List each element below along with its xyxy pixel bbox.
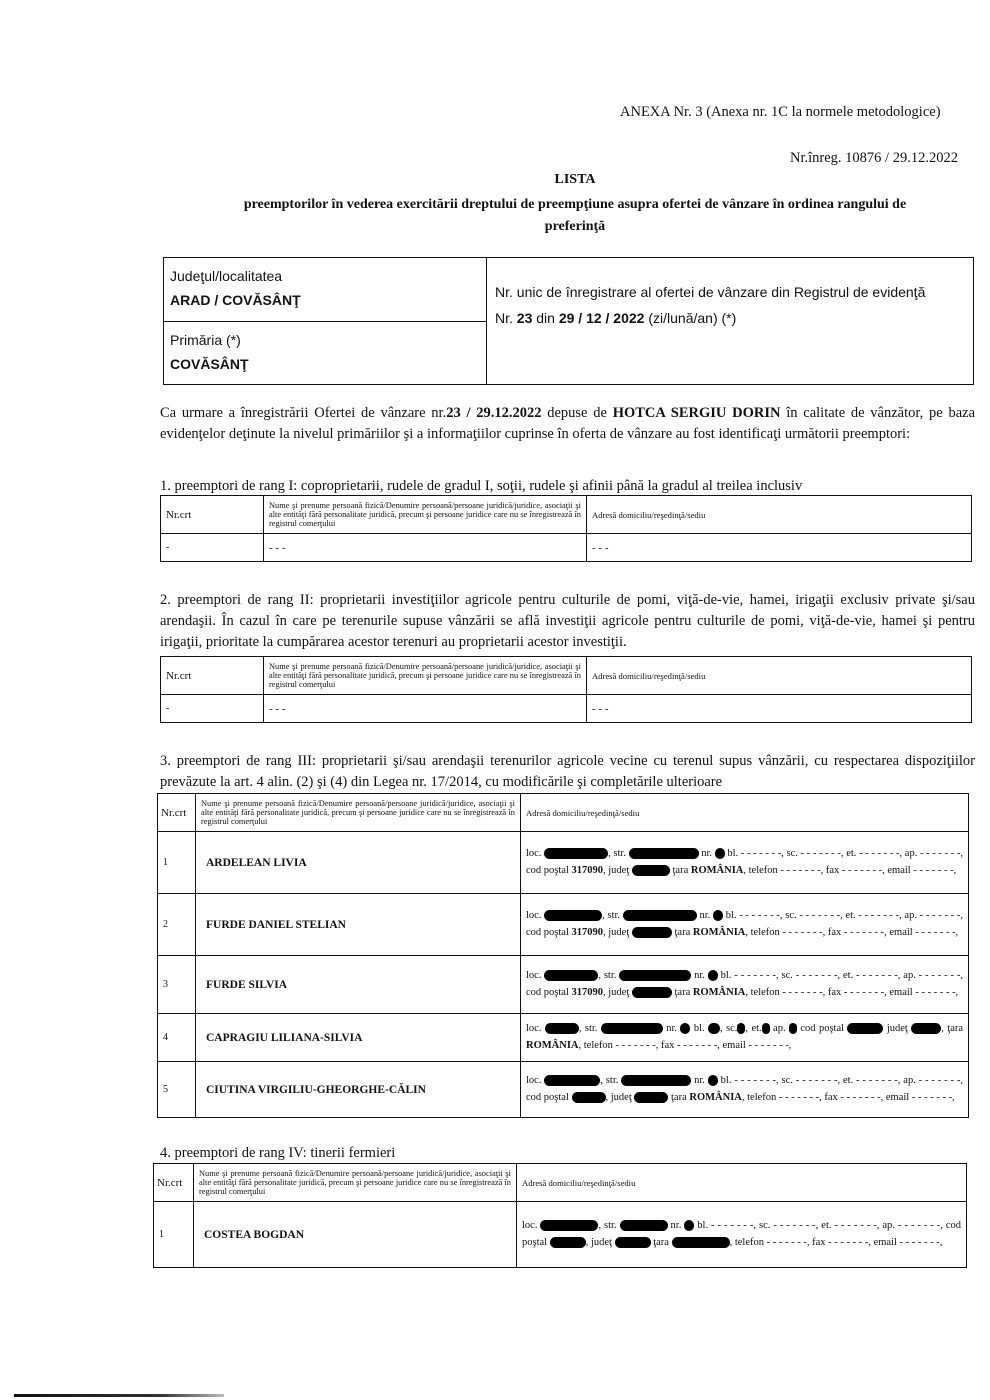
- offer-registration-cell: Nr. unic de înregistrare al ofertei de v…: [487, 258, 973, 384]
- county-label: Judeţul/localitatea: [170, 264, 480, 288]
- header-address: Adresă domiciliu/reşedinţă/sediu: [517, 1164, 967, 1202]
- table-header-row: Nr.crt Nume şi prenume persoană fizică/D…: [161, 496, 972, 534]
- offer-din: din: [532, 310, 558, 326]
- header-name: Nume şi prenume persoană fizică/Denumire…: [196, 794, 521, 832]
- row-address: loc. , str. nr. bl. - - - - - - -, sc. -…: [521, 956, 969, 1014]
- signature-line: [14, 1394, 224, 1397]
- table-row: 2 FURDE DANIEL STELIAN loc. , str. nr. b…: [158, 894, 969, 956]
- table-row: 3 FURDE SILVIA loc. , str. nr. bl. - - -…: [158, 956, 969, 1014]
- offer-nr: 23: [517, 310, 533, 326]
- town-hall-value: COVĂSÂNŢ: [170, 352, 480, 376]
- offer-nr-prefix: Nr.: [495, 310, 517, 326]
- section-4-table: Nr.crt Nume şi prenume persoană fizică/D…: [153, 1163, 967, 1268]
- header-address: Adresă domiciliu/reşedinţă/sediu: [587, 496, 972, 534]
- redacted-block: [615, 1237, 651, 1248]
- row-name: ARDELEAN LIVIA: [196, 832, 521, 894]
- row-address: loc. , str. nr. bl. , sc., et. ap. cod p…: [521, 1014, 969, 1062]
- annex-reference: ANEXA Nr. 3 (Anexa nr. 1C la normele met…: [620, 104, 941, 121]
- row-nr: 1: [158, 832, 196, 894]
- row-name: COSTEA BOGDAN: [194, 1202, 517, 1268]
- row-name: - - -: [264, 695, 587, 723]
- table-row: 1 ARDELEAN LIVIA loc. , str. nr. bl. - -…: [158, 832, 969, 894]
- redacted-block: [715, 848, 725, 859]
- redacted-block: [632, 865, 670, 876]
- info-left-column: Judeţul/localitatea ARAD / COVĂSÂNŢ Prim…: [164, 258, 487, 384]
- row-nr: 5: [158, 1062, 196, 1118]
- row-nr: 2: [158, 894, 196, 956]
- redacted-block: [620, 1220, 668, 1231]
- redacted-block: [789, 1023, 797, 1034]
- redacted-block: [544, 910, 602, 921]
- row-name: - - -: [264, 534, 587, 562]
- intro-paragraph: Ca urmare a înregistrării Ofertei de vân…: [160, 403, 975, 445]
- redacted-block: [708, 1075, 718, 1086]
- table-header-row: Nr.crt Nume şi prenume persoană fizică/D…: [154, 1164, 967, 1202]
- header-name: Nume şi prenume persoană fizică/Denumire…: [264, 657, 587, 695]
- row-nr: -: [161, 534, 264, 562]
- document-title: LISTA: [180, 172, 970, 188]
- redacted-block: [762, 1023, 770, 1034]
- row-address: loc. , str. nr. bl. - - - - - - -, sc. -…: [517, 1202, 967, 1268]
- document-subtitle-line2: preferinţă: [180, 219, 970, 235]
- row-address: loc. , str. nr. bl. - - - - - - -, sc. -…: [521, 1062, 969, 1118]
- section-1-heading: 1. preemptori de rang I: coproprietarii,…: [160, 476, 975, 497]
- offer-label: Nr. unic de înregistrare al ofertei de v…: [495, 280, 965, 304]
- row-address: - - -: [587, 534, 972, 562]
- table-row: 1 COSTEA BOGDAN loc. , str. nr. bl. - - …: [154, 1202, 967, 1268]
- header-nr: Nr.crt: [161, 496, 264, 534]
- redacted-block: [684, 1220, 694, 1231]
- row-name: FURDE SILVIA: [196, 956, 521, 1014]
- table-row: - - - - - - -: [161, 695, 972, 723]
- row-name: FURDE DANIEL STELIAN: [196, 894, 521, 956]
- intro-offer-ref: 23 / 29.12.2022: [446, 405, 541, 421]
- intro-text-1: Ca urmare a înregistrării Ofertei de vân…: [160, 405, 446, 421]
- redacted-block: [672, 1237, 730, 1248]
- redacted-block: [623, 910, 697, 921]
- row-nr: 1: [154, 1202, 194, 1268]
- offer-number-line: Nr. 23 din 29 / 12 / 2022 (zi/lună/an) (…: [495, 306, 965, 330]
- offer-date: 29 / 12 / 2022: [559, 310, 645, 326]
- header-address: Adresă domiciliu/reşedinţă/sediu: [587, 657, 972, 695]
- redacted-block: [634, 1092, 668, 1103]
- row-name: CAPRAGIU LILIANA-SILVIA: [196, 1014, 521, 1062]
- seller-name: HOTCA SERGIU DORIN: [613, 405, 781, 421]
- county-cell: Judeţul/localitatea ARAD / COVĂSÂNŢ: [164, 258, 486, 321]
- redacted-block: [629, 848, 699, 859]
- header-address: Adresă domiciliu/reşedinţă/sediu: [521, 794, 969, 832]
- redacted-block: [540, 1220, 598, 1231]
- header-name: Nume şi prenume persoană fizică/Denumire…: [264, 496, 587, 534]
- redacted-block: [847, 1023, 883, 1034]
- row-nr: 3: [158, 956, 196, 1014]
- header-name: Nume şi prenume persoană fizică/Denumire…: [194, 1164, 517, 1202]
- row-address: loc. , str. nr. bl. - - - - - - -, sc. -…: [521, 832, 969, 894]
- registration-number: Nr.înreg. 10876 / 29.12.2022: [790, 150, 958, 167]
- intro-text-2: depuse de: [541, 405, 612, 421]
- county-value: ARAD / COVĂSÂNŢ: [170, 288, 480, 312]
- redacted-block: [708, 1023, 720, 1034]
- row-address: - - -: [587, 695, 972, 723]
- row-nr: -: [161, 695, 264, 723]
- section-2-heading: 2. preemptori de rang II: proprietarii i…: [160, 590, 975, 653]
- redacted-block: [621, 1075, 691, 1086]
- redacted-block: [544, 970, 598, 981]
- header-nr: Nr.crt: [161, 657, 264, 695]
- table-row: - - - - - - -: [161, 534, 972, 562]
- redacted-block: [911, 1023, 941, 1034]
- offer-suffix: (zi/lună/an) (*): [644, 310, 736, 326]
- section-4-heading: 4. preemptori de rang IV: tinerii fermie…: [160, 1143, 975, 1164]
- table-row: 4 CAPRAGIU LILIANA-SILVIA loc. , str. nr…: [158, 1014, 969, 1062]
- redacted-block: [632, 987, 672, 998]
- table-header-row: Nr.crt Nume şi prenume persoană fizică/D…: [161, 657, 972, 695]
- header-nr: Nr.crt: [154, 1164, 194, 1202]
- table-row: 5 CIUTINA VIRGILIU-GHEORGHE-CĂLIN loc. ,…: [158, 1062, 969, 1118]
- redacted-block: [572, 1092, 606, 1103]
- row-nr: 4: [158, 1014, 196, 1062]
- town-hall-cell: Primăria (*) COVĂSÂNŢ: [164, 321, 486, 385]
- redacted-block: [550, 1237, 586, 1248]
- section-3-heading: 3. preemptori de rang III: proprietarii …: [160, 751, 975, 793]
- redacted-block: [680, 1023, 690, 1034]
- redacted-block: [544, 1075, 600, 1086]
- document-subtitle-line1: preemptorilor în vederea exercitării dre…: [180, 197, 970, 213]
- section-1-table: Nr.crt Nume şi prenume persoană fizică/D…: [160, 495, 972, 562]
- redacted-block: [632, 927, 672, 938]
- info-box: Judeţul/localitatea ARAD / COVĂSÂNŢ Prim…: [163, 257, 974, 385]
- redacted-block: [713, 910, 723, 921]
- section-2-table: Nr.crt Nume şi prenume persoană fizică/D…: [160, 656, 972, 723]
- town-hall-label: Primăria (*): [170, 328, 480, 352]
- header-nr: Nr.crt: [158, 794, 196, 832]
- section-3-table: Nr.crt Nume şi prenume persoană fizică/D…: [157, 793, 969, 1118]
- table-header-row: Nr.crt Nume şi prenume persoană fizică/D…: [158, 794, 969, 832]
- redacted-block: [601, 1023, 663, 1034]
- redacted-block: [619, 970, 691, 981]
- redacted-block: [545, 1023, 579, 1034]
- row-name: CIUTINA VIRGILIU-GHEORGHE-CĂLIN: [196, 1062, 521, 1118]
- redacted-block: [544, 848, 608, 859]
- row-address: loc. , str. nr. bl. - - - - - - -, sc. -…: [521, 894, 969, 956]
- redacted-block: [708, 970, 718, 981]
